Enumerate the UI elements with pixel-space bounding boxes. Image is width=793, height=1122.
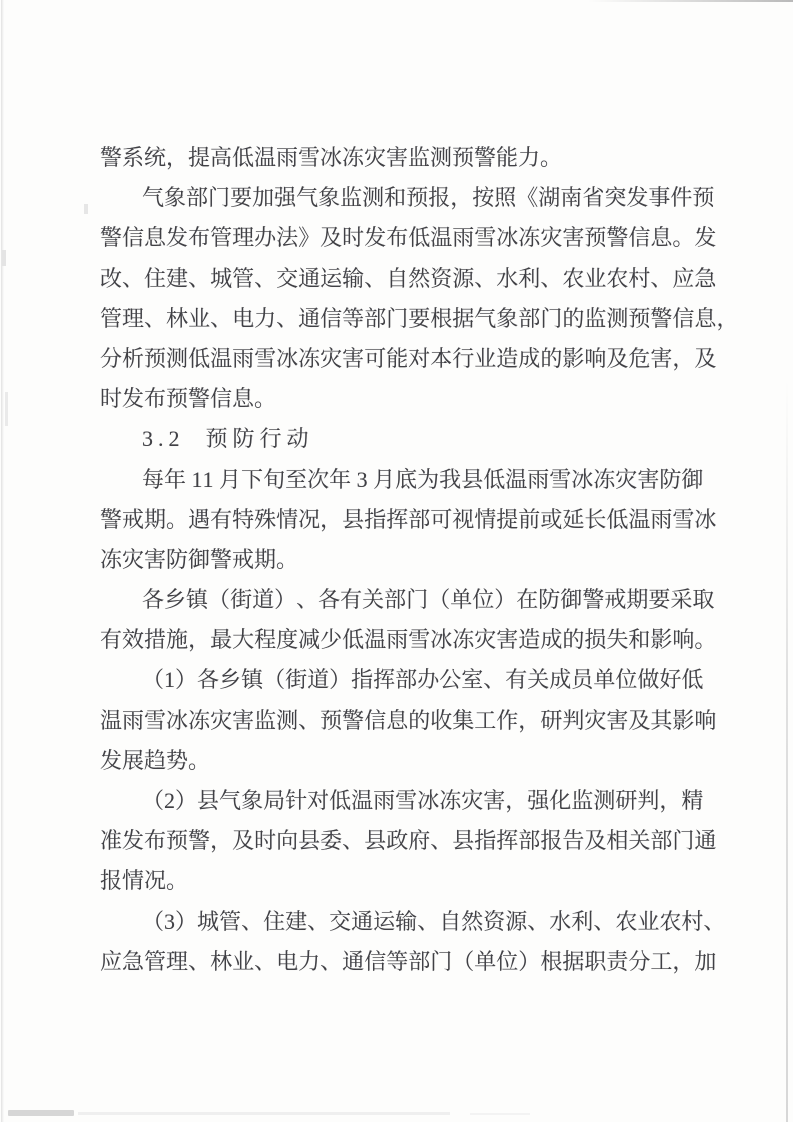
scanned-page: 警系统，提高低温雨雪冰冻灾害监测预警能力。 气象部门要加强气象监测和预报，按照《… — [0, 0, 793, 1122]
text-line: 警戒期。遇有特殊情况，县指挥部可视情提前或延长低温雨雪冰 — [100, 500, 692, 540]
text-line-item-1: （1）各乡镇（街道）指挥部办公室、有关成员单位做好低 — [100, 660, 692, 700]
scan-speck — [84, 204, 88, 214]
text-line: 改、住建、城管、交通运输、自然资源、水利、农业农村、应急 — [100, 259, 692, 299]
text-line: 应急管理、林业、电力、通信等部门（单位）根据职责分工，加 — [100, 942, 692, 982]
scan-smudge-bottom — [78, 1112, 450, 1115]
text-line: 有效措施，最大程度减少低温雨雪冰冻灾害造成的损失和影响。 — [100, 620, 692, 660]
scan-smudge-bottom-2 — [470, 1113, 530, 1115]
text-block: 警系统，提高低温雨雪冰冻灾害监测预警能力。 气象部门要加强气象监测和预报，按照《… — [100, 138, 692, 982]
scan-speck — [5, 392, 8, 426]
text-line: 警系统，提高低温雨雪冰冻灾害监测预警能力。 — [100, 138, 692, 178]
text-line-item-3: （3）城管、住建、交通运输、自然资源、水利、农业农村、 — [100, 902, 692, 942]
text-line: 各乡镇（街道）、各有关部门（单位）在防御警戒期要采取 — [100, 580, 692, 620]
text-line: 准发布预警，及时向县委、县政府、县指挥部报告及相关部门通 — [100, 821, 692, 861]
scan-edge-shadow-right — [786, 380, 788, 1122]
scan-edge-shadow-left — [1, 0, 4, 1122]
text-line: 管理、林业、电力、通信等部门要根据气象部门的监测预警信息， — [100, 299, 692, 339]
text-line: 温雨雪冰冻灾害监测、预警信息的收集工作，研判灾害及其影响 — [100, 701, 692, 741]
section-heading-3-2: 3.2 预防行动 — [100, 419, 692, 459]
text-line: 发展趋势。 — [100, 741, 692, 781]
text-line: 冻灾害防御警戒期。 — [100, 540, 692, 580]
text-line-item-2: （2）县气象局针对低温雨雪冰冻灾害，强化监测研判，精 — [100, 781, 692, 821]
scan-smudge-bottom-left — [8, 1110, 74, 1116]
scan-speck — [2, 250, 6, 266]
text-line: 警信息发布管理办法》及时发布低温雨雪冰冻灾害预警信息。发 — [100, 218, 692, 258]
text-line: 每年 11 月下旬至次年 3 月底为我县低温雨雪冰冻灾害防御 — [100, 460, 692, 500]
scan-edge-shadow-top — [588, 0, 793, 2]
text-line: 时发布预警信息。 — [100, 379, 692, 419]
text-line: 气象部门要加强气象监测和预报，按照《湖南省突发事件预 — [100, 178, 692, 218]
text-line: 分析预测低温雨雪冰冻灾害可能对本行业造成的影响及危害，及 — [100, 339, 692, 379]
text-line: 报情况。 — [100, 861, 692, 901]
